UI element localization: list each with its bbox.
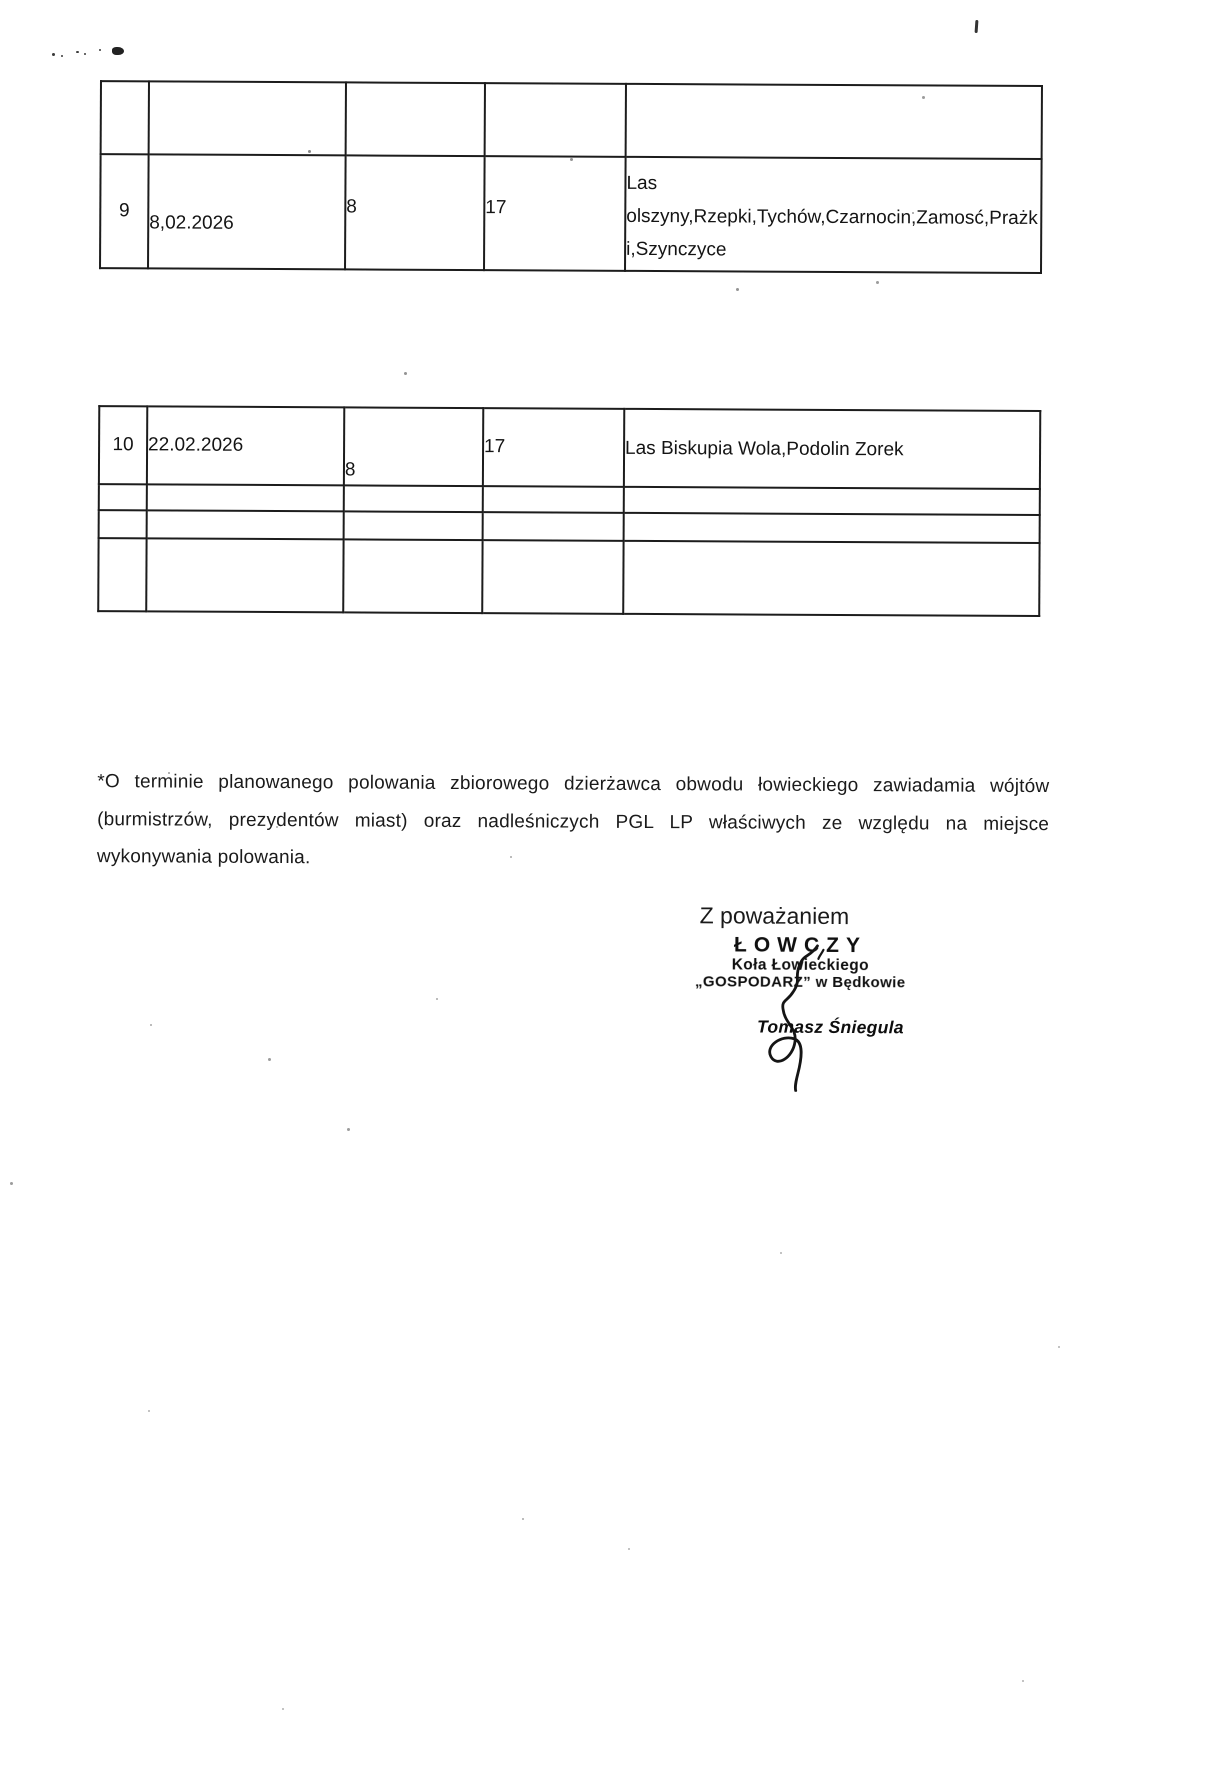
table-row <box>101 81 1042 159</box>
scan-speck <box>61 55 63 57</box>
table-row <box>98 538 1039 616</box>
scan-speck <box>1058 1346 1060 1348</box>
scan-speck <box>276 826 278 828</box>
scan-speck <box>112 47 124 55</box>
table-row: 10 22.02.2026 8 17 Las Biskupia Wola,Pod… <box>99 406 1040 489</box>
cell-start-hour: 8 <box>345 155 485 270</box>
scan-speck <box>570 158 573 161</box>
scan-speck <box>404 372 407 375</box>
cell-end-hour <box>483 486 624 513</box>
cell-end-hour: 17 <box>483 408 624 487</box>
cell-date: 22.02.2026 <box>147 406 344 485</box>
scan-speck <box>780 1252 782 1254</box>
cell-end-hour <box>485 83 626 157</box>
scan-speck <box>168 772 170 774</box>
cell-date: 8,02.2026 <box>148 154 346 269</box>
cell-end-hour <box>483 512 624 541</box>
scan-speck <box>736 288 739 291</box>
scan-speck <box>52 53 55 56</box>
scan-speck <box>347 1128 350 1131</box>
scan-speck <box>308 150 311 153</box>
scan-speck <box>876 281 879 284</box>
signer-name: Tomasz Śniegula <box>757 1017 904 1039</box>
cell-no: 9 <box>100 154 149 268</box>
table-row: 9 8,02.2026 8 17 Las olszyny,Rzepki,Tych… <box>100 154 1042 273</box>
cell-start-hour <box>344 511 483 540</box>
scan-speck <box>76 51 79 53</box>
cell-date <box>146 538 343 612</box>
cell-date <box>147 510 344 539</box>
cell-no <box>99 484 147 510</box>
scan-speck <box>150 1024 152 1026</box>
scan-speck <box>268 1058 271 1061</box>
cell-location <box>623 541 1039 616</box>
cell-location: Las olszyny,Rzepki,Tychów,Czarnocin,Zamo… <box>625 157 1042 273</box>
cell-no <box>101 81 149 154</box>
cell-location: Las Biskupia Wola,Podolin Zorek <box>624 409 1040 489</box>
footnote-paragraph: *O terminie planowanego polowania zbioro… <box>97 763 1050 880</box>
scan-speck <box>436 998 438 1000</box>
document-content: 9 8,02.2026 8 17 Las olszyny,Rzepki,Tych… <box>0 0 1232 1771</box>
scan-speck <box>99 49 101 51</box>
scanned-document-page: 9 8,02.2026 8 17 Las olszyny,Rzepki,Tych… <box>0 0 1232 1771</box>
scan-speck <box>522 1518 524 1520</box>
hunting-schedule-table-lower: 10 22.02.2026 8 17 Las Biskupia Wola,Pod… <box>97 405 1041 617</box>
scan-speck <box>282 1708 284 1710</box>
cell-location <box>624 487 1040 515</box>
cell-location <box>624 513 1040 543</box>
scan-speck <box>922 96 925 99</box>
cell-end-hour <box>482 540 623 614</box>
cell-start-hour <box>344 485 483 512</box>
scan-speck <box>1022 1680 1024 1682</box>
cell-start-hour <box>343 539 482 613</box>
cell-date <box>149 81 346 155</box>
scan-speck <box>84 53 86 55</box>
cell-no: 10 <box>99 406 147 484</box>
cell-start-hour: 8 <box>344 407 483 486</box>
scan-speck <box>912 212 914 214</box>
cell-no <box>98 538 146 611</box>
cell-end-hour: 17 <box>484 156 626 271</box>
hunting-schedule-table-upper: 9 8,02.2026 8 17 Las olszyny,Rzepki,Tych… <box>99 80 1043 274</box>
cell-location <box>626 84 1042 159</box>
scan-speck <box>510 856 512 858</box>
cell-start-hour <box>346 82 485 156</box>
cell-date <box>147 484 344 511</box>
scan-speck <box>148 1410 150 1412</box>
scan-speck <box>10 1182 13 1185</box>
scan-speck <box>628 1548 630 1550</box>
cell-no <box>99 510 147 538</box>
closing-phrase: Z poważaniem <box>700 902 850 930</box>
